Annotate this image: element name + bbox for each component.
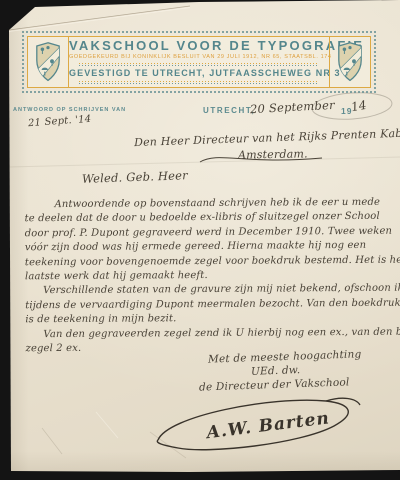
body-line: tijdens de vervaardiging Dupont meermale…	[25, 297, 389, 314]
dotted-rule	[79, 63, 319, 66]
letterhead: VAKSCHOOL VOOR DE TYPOGRAFIE GOEDGEKEURD…	[22, 31, 376, 93]
city-label: UTRECHT,	[203, 106, 255, 115]
royal-approval-line: GOEDGEKEURD BIJ KONINKLIJK BESLUIT VAN 2…	[69, 54, 329, 61]
valediction-abbrev: UEd. dw.	[251, 364, 301, 378]
letterhead-text: VAKSCHOOL VOOR DE TYPOGRAFIE GOEDGEKEURD…	[69, 37, 329, 87]
answer-to-letter-label: ANTWOORD OP SCHRIJVEN VAN	[13, 107, 126, 113]
signature-flourish: A.W. Barten	[150, 392, 366, 456]
letter-photo: VAKSCHOOL VOOR DE TYPOGRAFIE GOEDGEKEURD…	[0, 0, 400, 480]
printers-crest-left	[28, 37, 69, 87]
school-title: VAKSCHOOL VOOR DE TYPOGRAFIE	[69, 39, 329, 53]
signature-name: A.W. Barten	[204, 408, 331, 443]
school-crest-icon	[334, 39, 366, 85]
handwritten-year: 14	[350, 98, 368, 115]
school-crest-icon	[32, 39, 64, 85]
recipient-city: Amsterdam.	[238, 147, 308, 161]
body-line: teekening voor bovengenoemde zegel voor …	[25, 253, 389, 270]
letterhead-frame: VAKSCHOOL VOOR DE TYPOGRAFIE GOEDGEKEURD…	[27, 36, 371, 88]
body-line: Van den gegraveerden zegel zend ik U hie…	[25, 325, 389, 342]
printers-crest-right	[329, 37, 370, 87]
letter-body: Antwoordende op bovenstaand schrijven he…	[24, 196, 389, 357]
dotted-rule	[79, 81, 319, 84]
signature: A.W. Barten	[150, 392, 366, 456]
school-address-line: GEVESTIGD TE UTRECHT, JUTFAASSCHEWEG NR …	[69, 68, 329, 79]
